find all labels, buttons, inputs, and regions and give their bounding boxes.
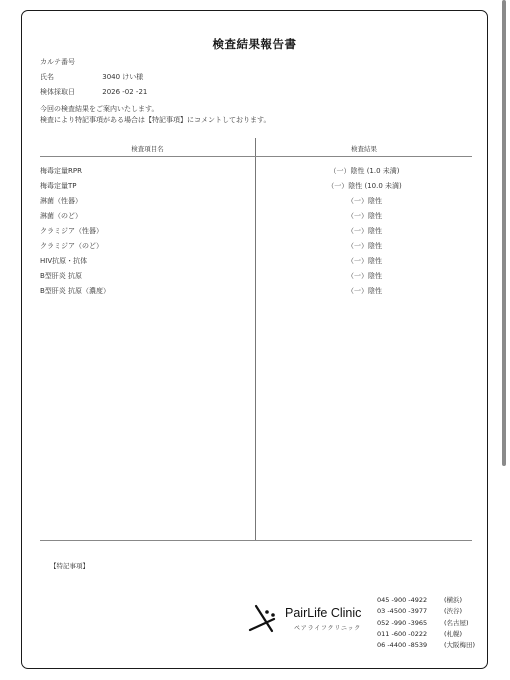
intro-line-1: 今回の検査結果をご案内いたします。: [40, 104, 270, 115]
chart-number-label: カルテ番号: [40, 57, 100, 67]
phone-number: 011 -600 -0222: [377, 629, 444, 640]
phone-location: (渋谷): [444, 607, 462, 615]
special-notes-label: 【特記事項】: [50, 561, 89, 570]
row-result: （一）陰性: [262, 286, 467, 296]
sample-date-label: 検体採取日: [40, 87, 100, 97]
row-result: （一）陰性 (1.0 未満): [262, 166, 467, 176]
phone-entry: 052 -990 -3965(名古屋): [377, 618, 475, 629]
row-name: 梅毒定量TP: [40, 181, 77, 191]
sample-date-value: 2026 -02 -21: [102, 88, 147, 96]
row-name: クラミジア（のど）: [40, 241, 103, 251]
row-result: （一）陰性: [262, 211, 467, 221]
row-name: 淋菌（のど）: [40, 211, 82, 221]
row-result: （一）陰性: [262, 226, 467, 236]
phone-entry: 06 -4400 -8539(大阪梅田): [377, 640, 475, 651]
sample-date-row: 検体採取日 2026 -02 -21: [40, 87, 147, 97]
row-result: （一）陰性: [262, 196, 467, 206]
clinic-name: PairLife Clinic: [285, 606, 361, 620]
row-result: （一）陰性: [262, 271, 467, 281]
intro-text: 今回の検査結果をご案内いたします。 検査により特記事項がある場合は【特記事項】に…: [40, 104, 270, 126]
phone-number: 052 -990 -3965: [377, 618, 444, 629]
clinic-logo: PairLife Clinic ペアライフクリニック: [248, 599, 378, 639]
phone-location: (札幌): [444, 630, 462, 638]
name-row: 氏名 3040 けい様: [40, 72, 143, 82]
phone-entry: 03 -4500 -3977(渋谷): [377, 606, 475, 617]
header-test-name: 検査項目名: [40, 144, 255, 153]
row-result: （一）陰性: [262, 256, 467, 266]
table-header-divider: [40, 156, 472, 157]
page-title: 検査結果報告書: [22, 36, 487, 52]
phone-location: (横浜): [444, 596, 462, 604]
phone-number: 06 -4400 -8539: [377, 640, 444, 651]
phone-location: (名古屋): [444, 619, 469, 627]
phone-location: (大阪梅田): [444, 641, 475, 649]
vertical-scrollbar[interactable]: [502, 0, 506, 466]
row-result: （一）陰性: [262, 241, 467, 251]
row-name: B型肝炎 抗原（濃度）: [40, 286, 110, 296]
header-test-result: 検査結果: [256, 144, 472, 153]
name-label: 氏名: [40, 72, 100, 82]
phone-entry: 045 -900 -4922(横浜): [377, 595, 475, 606]
report-card: 検査結果報告書 カルテ番号 氏名 3040 けい様 検体採取日 2026 -02…: [21, 10, 488, 669]
chart-number-row: カルテ番号: [40, 57, 100, 67]
row-name: 淋菌（性器）: [40, 196, 82, 206]
row-result: （一）陰性 (10.0 未満): [262, 181, 467, 191]
row-name: B型肝炎 抗原: [40, 271, 82, 281]
name-value: 3040 けい様: [102, 73, 143, 81]
phone-number: 045 -900 -4922: [377, 595, 444, 606]
person-figure-logo-icon: [248, 601, 284, 637]
row-name: 梅毒定量RPR: [40, 166, 82, 176]
phone-number: 03 -4500 -3977: [377, 606, 444, 617]
row-name: HIV抗原・抗体: [40, 256, 87, 266]
phone-entry: 011 -600 -0222(札幌): [377, 629, 475, 640]
table-bottom-divider: [40, 540, 472, 541]
clinic-phone-list: 045 -900 -4922(横浜) 03 -4500 -3977(渋谷) 05…: [377, 595, 475, 651]
clinic-name-kana: ペアライフクリニック: [294, 623, 361, 632]
row-name: クラミジア（性器）: [40, 226, 103, 236]
intro-line-2: 検査により特記事項がある場合は【特記事項】にコメントしております。: [40, 115, 270, 126]
table-column-divider: [255, 138, 256, 541]
